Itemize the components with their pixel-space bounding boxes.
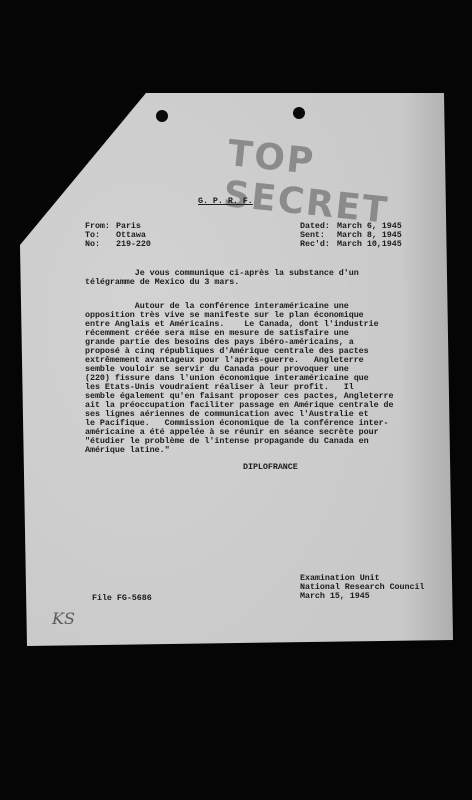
footer-date: March 15, 1945 <box>300 592 370 601</box>
punch-hole-right <box>293 107 305 119</box>
handwritten-initials: KS <box>52 609 75 628</box>
recd-value: March 10,1945 <box>337 240 402 249</box>
recd-label: Rec'd: <box>300 240 330 249</box>
punch-hole-left <box>156 110 168 122</box>
signature: DIPLOFRANCE <box>243 463 298 472</box>
file-reference: File FG-5686 <box>92 594 152 603</box>
no-value: 219-220 <box>116 240 151 249</box>
body-line: Amérique latine." <box>85 446 170 455</box>
no-label: No: <box>85 240 100 249</box>
body-line: télégramme de Mexico du 3 mars. <box>85 278 239 287</box>
document-header: G. P. R. F. <box>198 197 253 206</box>
